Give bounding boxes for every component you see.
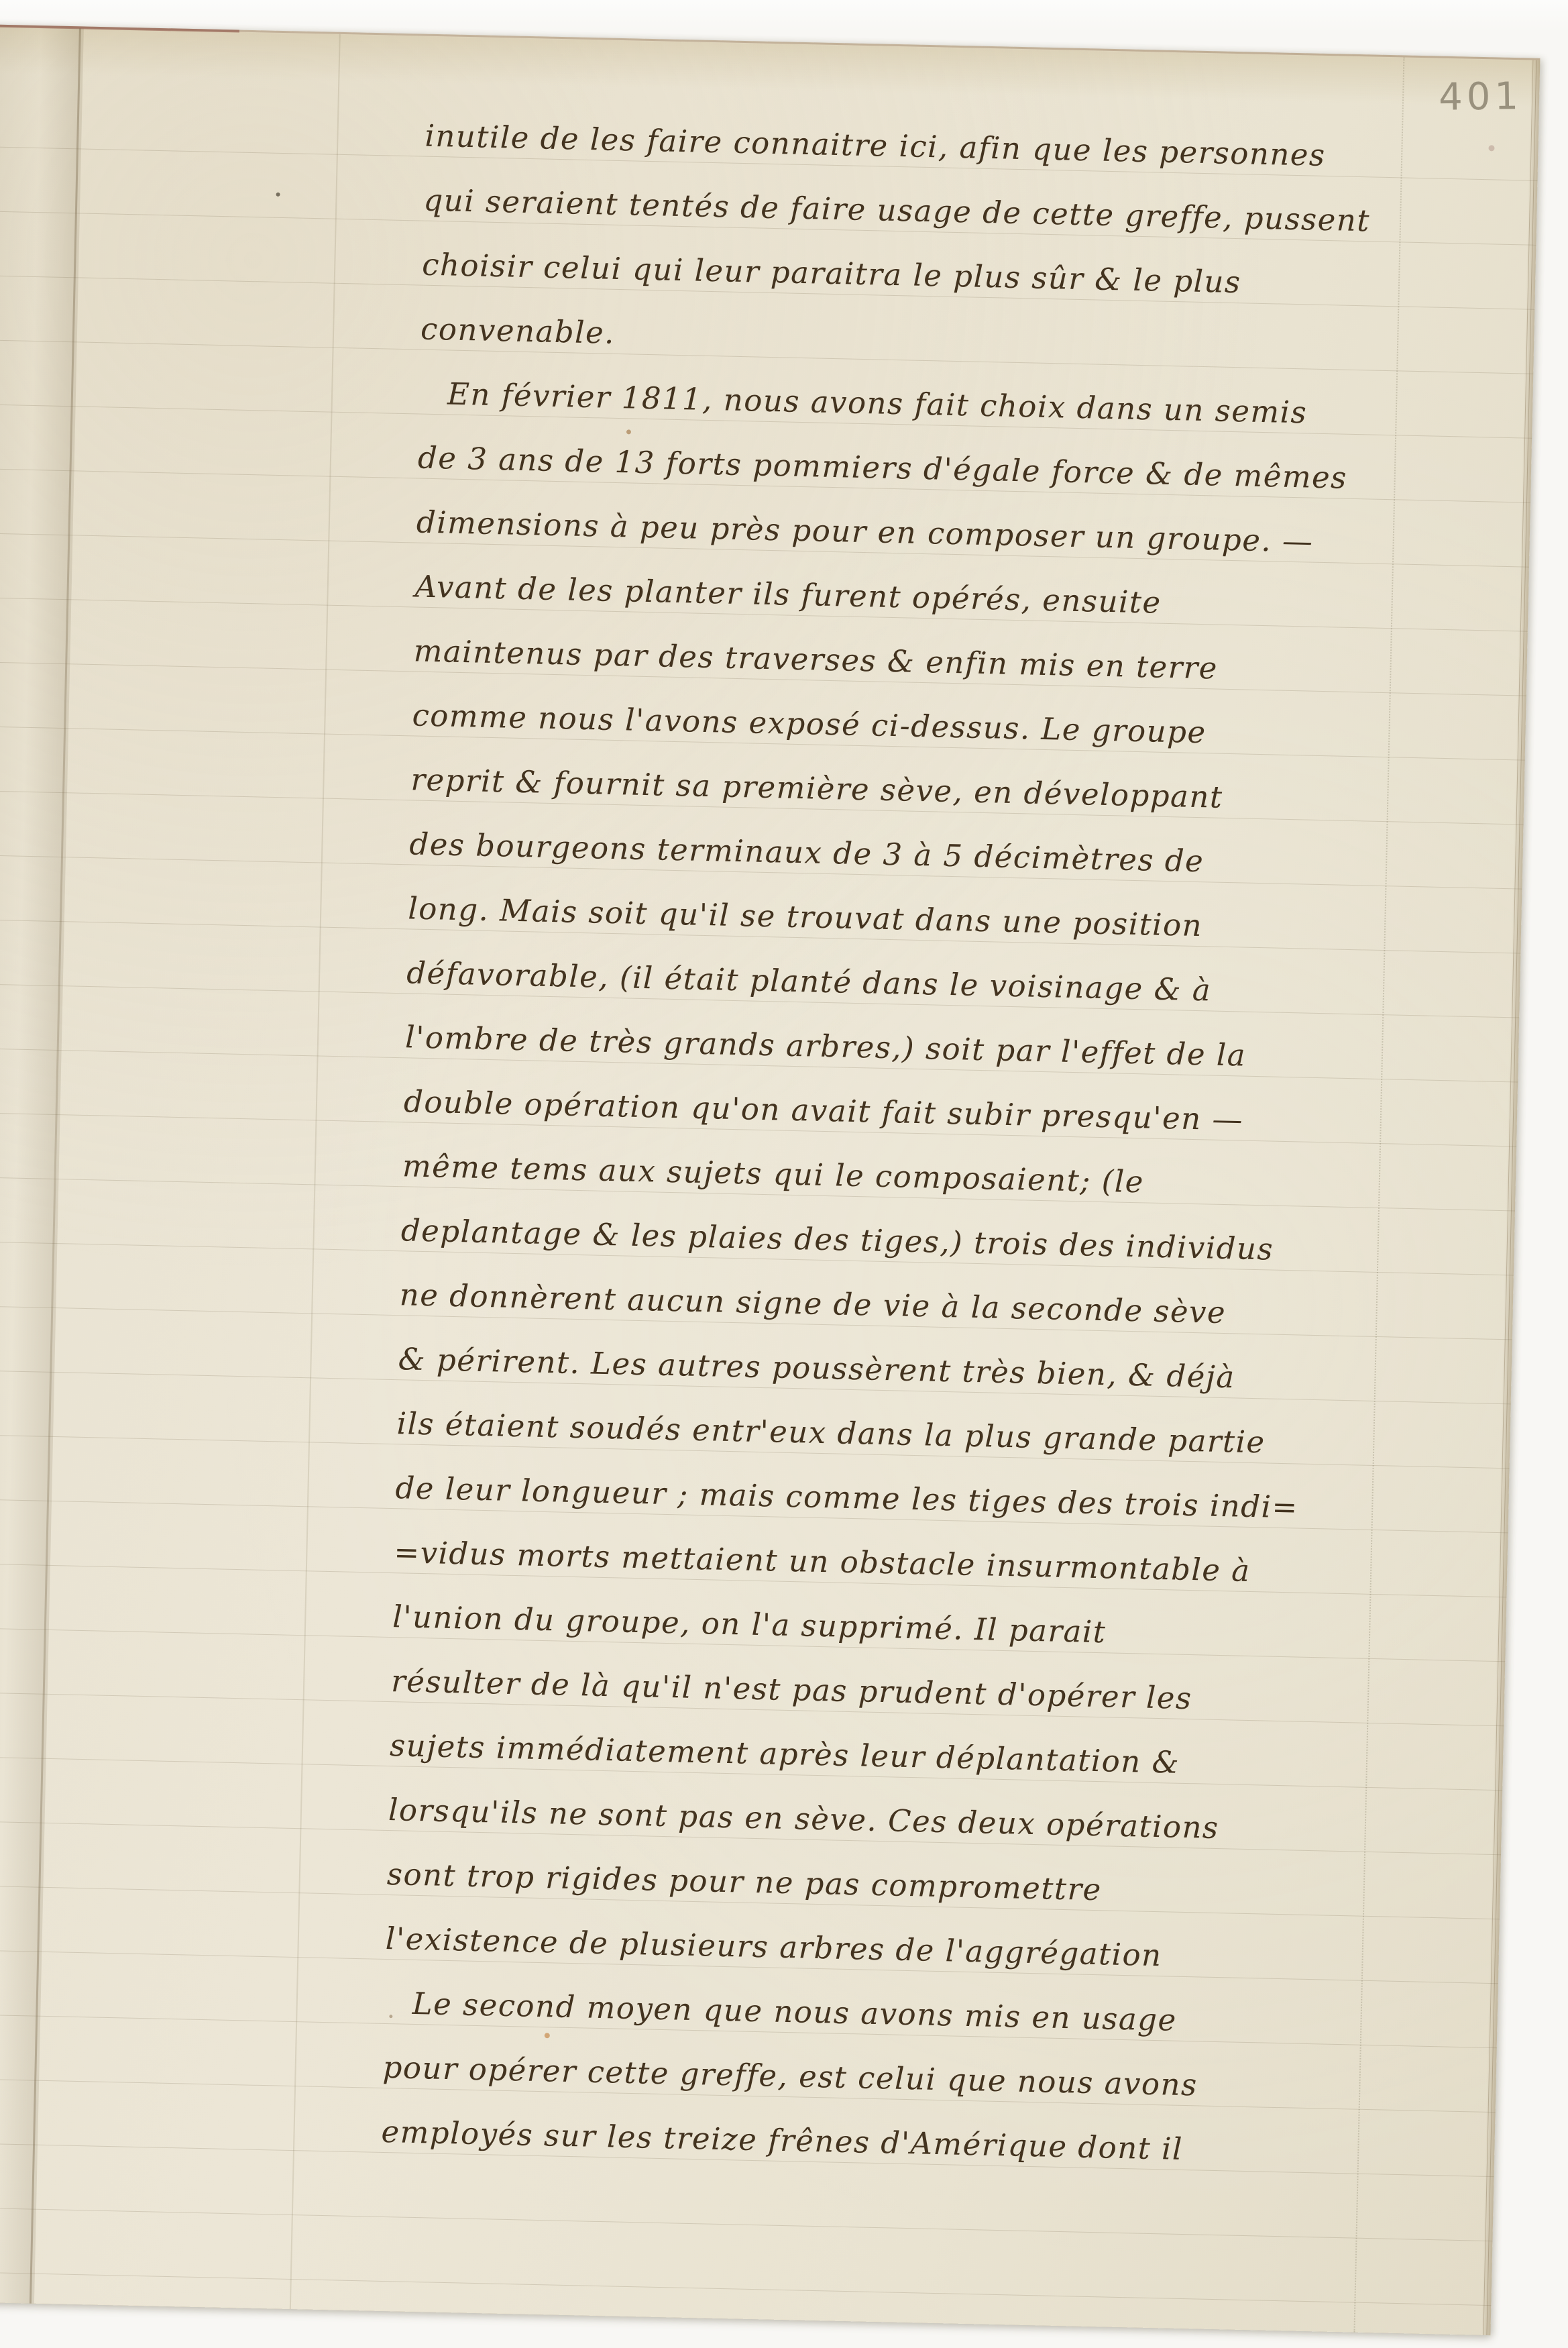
page-number: 401 bbox=[1439, 74, 1523, 119]
handwritten-text-block: inutile de les faire connaitre ici, afin… bbox=[0, 83, 1539, 2306]
manuscript-page: 401 inutile de les faire connaitre ici, … bbox=[0, 24, 1540, 2335]
scanned-document: { "manuscript": { "page_number": "401", … bbox=[0, 0, 1568, 2348]
ink-speck bbox=[276, 193, 280, 197]
scanner-background bbox=[0, 0, 1568, 32]
paper-stain bbox=[389, 2015, 392, 2018]
manuscript-line-text: convenable. bbox=[421, 311, 616, 351]
